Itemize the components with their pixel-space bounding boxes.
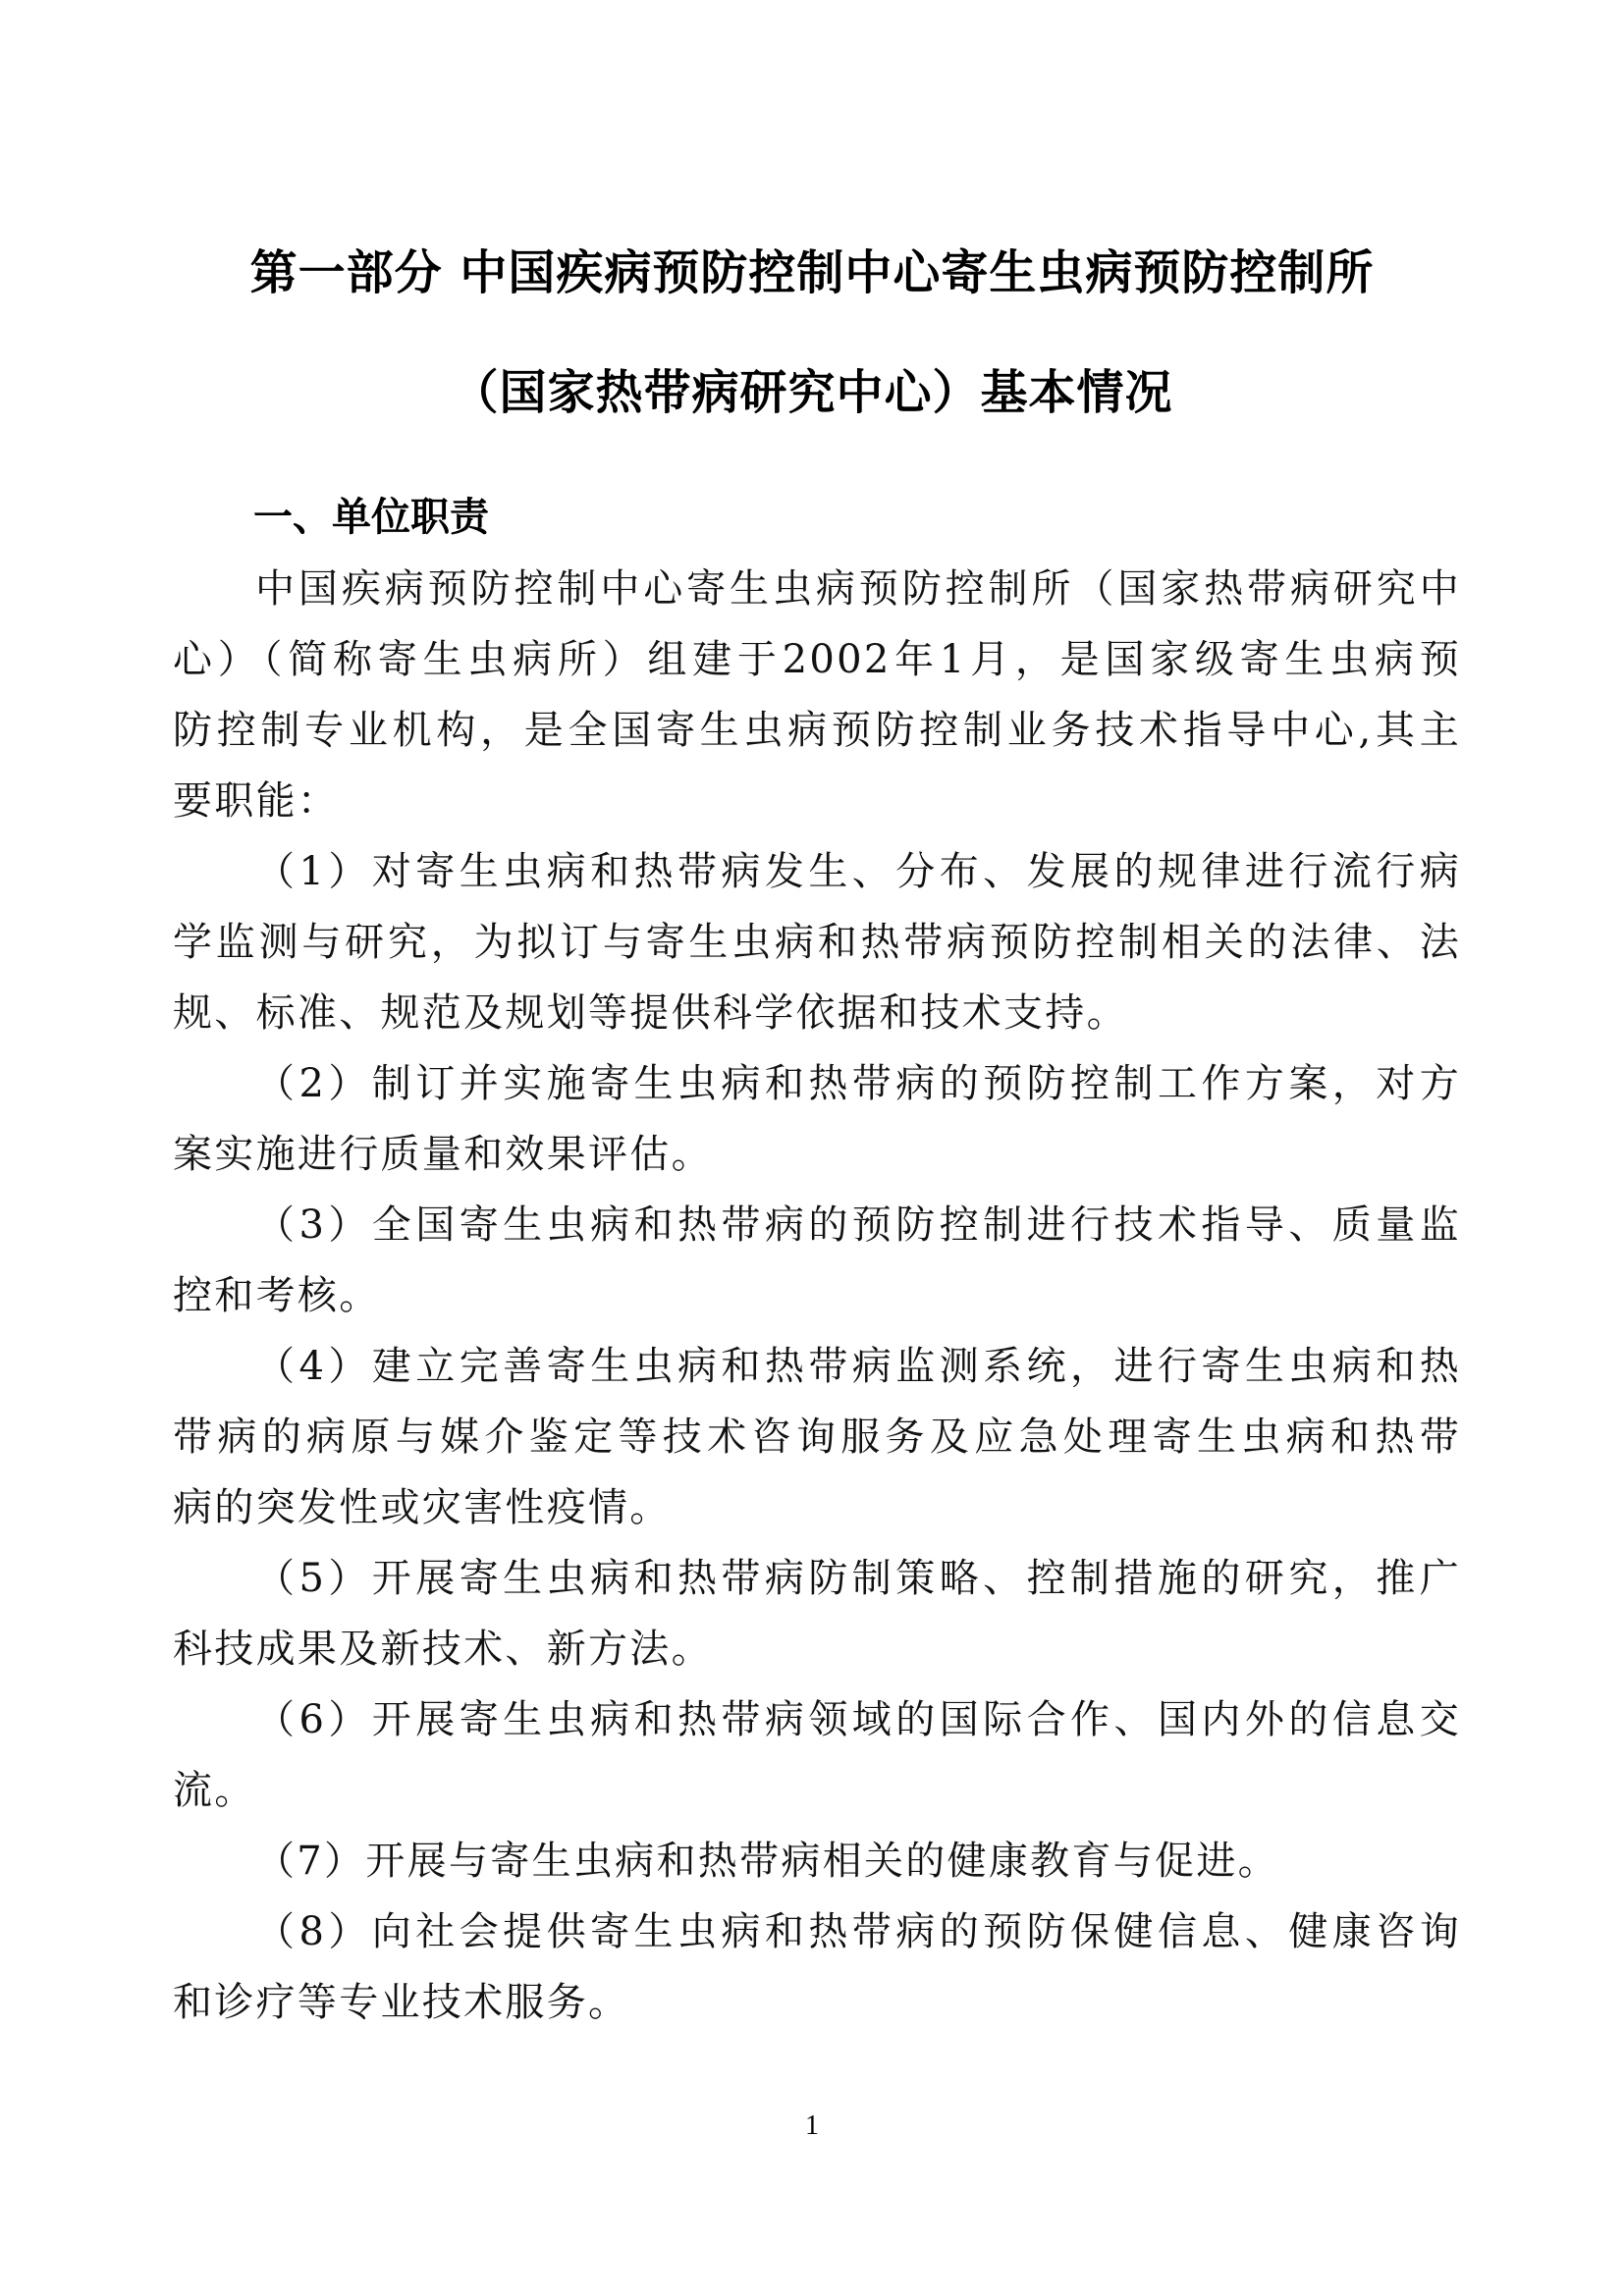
text-line: （3）全国寄生虫病和热带病的预防控制进行技术指导、质量监	[173, 1190, 1461, 1260]
text-line: （4）建立完善寄生虫病和热带病监测系统，进行寄生虫病和热	[173, 1331, 1461, 1402]
document-title-line-2: （国家热带病研究中心）基本情况	[0, 363, 1624, 422]
text-line: （6）开展寄生虫病和热带病领域的国际合作、国内外的信息交	[173, 1684, 1461, 1755]
paragraph-duty-2: （2）制订并实施寄生虫病和热带病的预防控制工作方案，对方 案实施进行质量和效果评…	[173, 1048, 1461, 1190]
paragraph-duty-6: （6）开展寄生虫病和热带病领域的国际合作、国内外的信息交 流。	[173, 1684, 1461, 1826]
paragraph-duty-7: （7）开展与寄生虫病和热带病相关的健康教育与促进。	[173, 1826, 1461, 1896]
paragraph-duty-3: （3）全国寄生虫病和热带病的预防控制进行技术指导、质量监 控和考核。	[173, 1190, 1461, 1331]
section-heading: 一、单位职责	[253, 491, 489, 544]
text-line: 心）（简称寄生虫病所）组建于2002年1月，是国家级寄生虫病预	[173, 624, 1461, 695]
text-line: 科技成果及新技术、新方法。	[173, 1614, 1461, 1684]
body-text: 中国疾病预防控制中心寄生虫病预防控制所（国家热带病研究中 心）（简称寄生虫病所）…	[173, 554, 1461, 2038]
text-line: 案实施进行质量和效果评估。	[173, 1119, 1461, 1190]
text-line: 带病的病原与媒介鉴定等技术咨询服务及应急处理寄生虫病和热带	[173, 1402, 1461, 1472]
text-line: 中国疾病预防控制中心寄生虫病预防控制所（国家热带病研究中	[173, 554, 1461, 624]
paragraph-intro: 中国疾病预防控制中心寄生虫病预防控制所（国家热带病研究中 心）（简称寄生虫病所）…	[173, 554, 1461, 836]
document-title-line-1: 第一部分 中国疾病预防控制中心寄生虫病预防控制所	[0, 243, 1624, 302]
text-line: 规、标准、规范及规划等提供科学依据和技术支持。	[173, 978, 1461, 1048]
text-line: （8）向社会提供寄生虫病和热带病的预防保健信息、健康咨询	[173, 1896, 1461, 1967]
text-line: 学监测与研究，为拟订与寄生虫病和热带病预防控制相关的法律、法	[173, 907, 1461, 978]
document-page: 第一部分 中国疾病预防控制中心寄生虫病预防控制所 （国家热带病研究中心）基本情况…	[0, 0, 1624, 2296]
text-line: 和诊疗等专业技术服务。	[173, 1967, 1461, 2038]
paragraph-duty-8: （8）向社会提供寄生虫病和热带病的预防保健信息、健康咨询 和诊疗等专业技术服务。	[173, 1896, 1461, 2038]
paragraph-duty-4: （4）建立完善寄生虫病和热带病监测系统，进行寄生虫病和热 带病的病原与媒介鉴定等…	[173, 1331, 1461, 1543]
paragraph-duty-1: （1）对寄生虫病和热带病发生、分布、发展的规律进行流行病 学监测与研究，为拟订与…	[173, 836, 1461, 1048]
text-line: （5）开展寄生虫病和热带病防制策略、控制措施的研究，推广	[173, 1543, 1461, 1614]
text-line: （1）对寄生虫病和热带病发生、分布、发展的规律进行流行病	[173, 836, 1461, 907]
text-line: 防控制专业机构，是全国寄生虫病预防控制业务技术指导中心,其主	[173, 695, 1461, 766]
text-line: 病的突发性或灾害性疫情。	[173, 1472, 1461, 1543]
page-number: 1	[0, 2110, 1624, 2142]
text-line: 要职能：	[173, 766, 1461, 836]
paragraph-duty-5: （5）开展寄生虫病和热带病防制策略、控制措施的研究，推广 科技成果及新技术、新方…	[173, 1543, 1461, 1684]
text-line: （2）制订并实施寄生虫病和热带病的预防控制工作方案，对方	[173, 1048, 1461, 1119]
text-line: 控和考核。	[173, 1260, 1461, 1331]
text-line: 流。	[173, 1755, 1461, 1826]
text-line: （7）开展与寄生虫病和热带病相关的健康教育与促进。	[173, 1826, 1461, 1896]
